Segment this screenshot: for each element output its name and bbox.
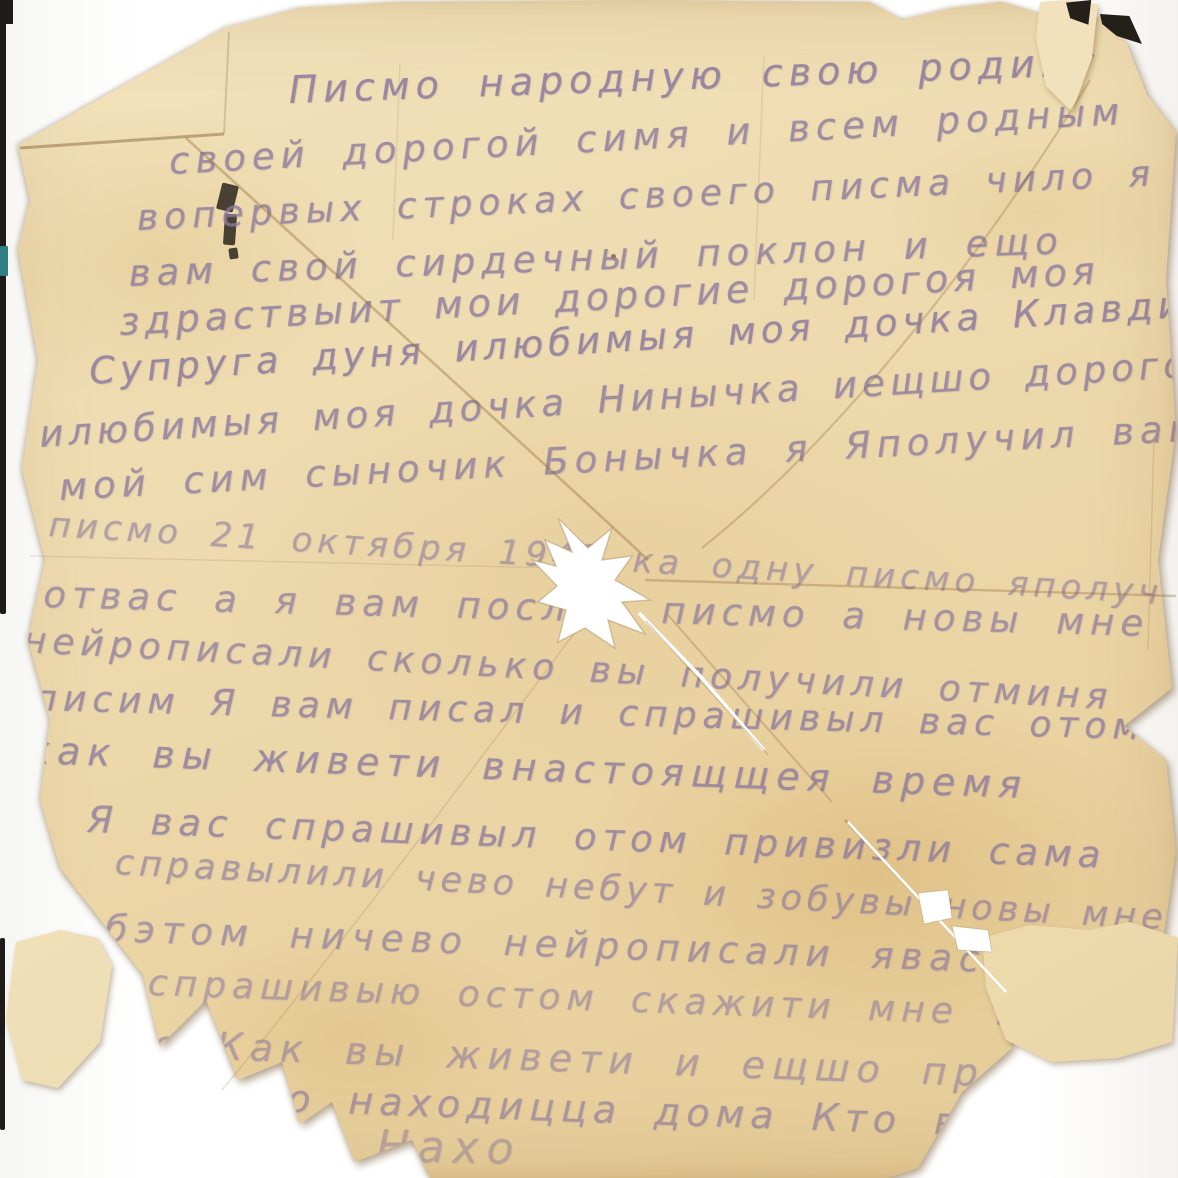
scanner-bed: Писмо народную свою родинусвоей дорогой … — [0, 0, 1178, 1178]
letter-line: Я Сичас Нахо — [77, 1116, 522, 1175]
letter-paper: Писмо народную свою родинусвоей дорогой … — [0, 0, 1178, 1178]
letter-paper-shadow: Писмо народную свою родинусвоей дорогой … — [0, 0, 1178, 1178]
letter-text: Писмо народную свою родинусвоей дорогой … — [0, 0, 1178, 1178]
